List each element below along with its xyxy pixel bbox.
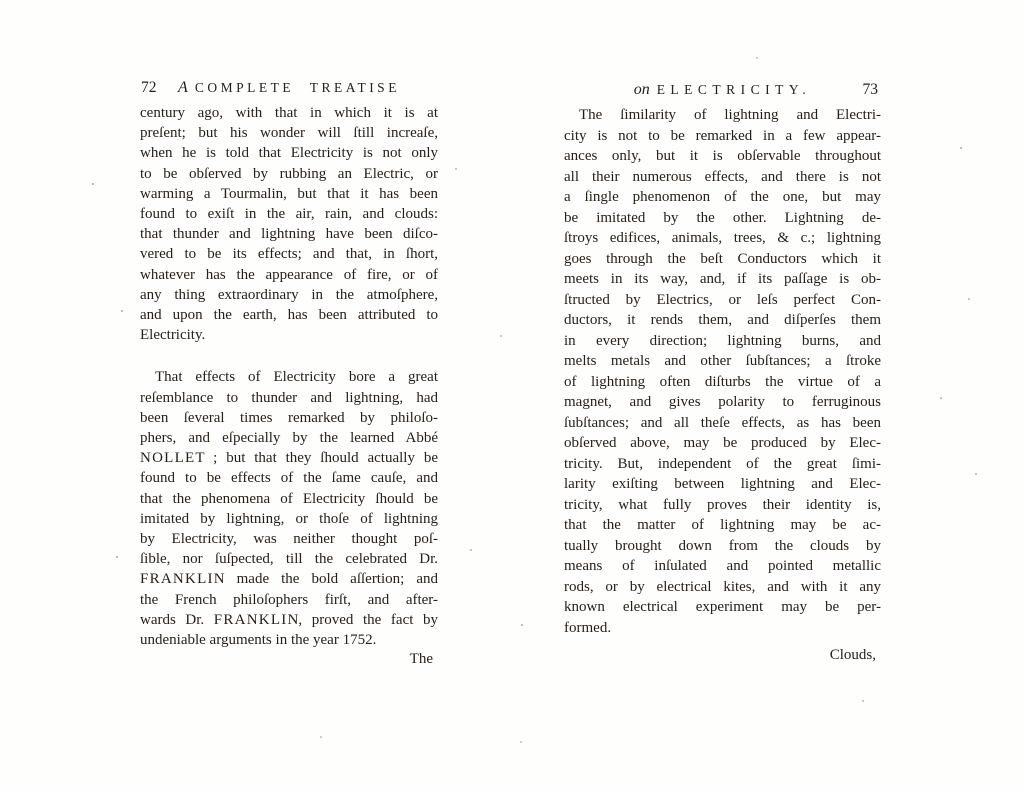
text-line: obſerved above, may be produced by Elec- xyxy=(564,433,881,454)
text-line: melts metals and other ſubſtances; a ſtr… xyxy=(564,351,881,372)
text-line: preſent; but his wonder will ſtill incre… xyxy=(140,123,438,143)
text-line: F R A N K L I N made the bold aſſertion;… xyxy=(140,569,438,589)
text-line: N O L L E T ; but that they ſhould actua… xyxy=(140,448,438,468)
text-line: imitated by lightning, or thoſe of light… xyxy=(140,509,438,529)
catchword-left: The xyxy=(140,651,438,668)
text-line: of lightning often diſturbs the virtue o… xyxy=(564,372,881,393)
text-line: larity exiſting between lightning and El… xyxy=(564,474,881,495)
text-line: by Electricity, was neither thought poſ- xyxy=(140,529,438,549)
text-line: found to be effects of the ſame cauſe, a… xyxy=(140,468,438,488)
page-right: onELECTRICITY. 73 The ſimilarity of ligh… xyxy=(564,80,881,664)
text-line: undeniable arguments in the year 1752. xyxy=(140,630,438,650)
running-title-right: onELECTRICITY. xyxy=(564,80,881,100)
paragraph: That effects of Electricity bore a great… xyxy=(140,367,438,650)
text-line: warming a Tourmalin, but that it has bee… xyxy=(140,184,438,204)
text-line: that the phenomena of Electricity ſhould… xyxy=(140,489,438,509)
text-line: when he is told that Electricity is not … xyxy=(140,143,438,163)
text-line: tricity, what fully proves their identit… xyxy=(564,495,881,516)
text-line: found to exiſt in the air, rain, and clo… xyxy=(140,204,438,224)
scan-specks xyxy=(0,0,2,2)
text-line: been ſeveral times remarked by philoſo- xyxy=(140,408,438,428)
page-header-left: 72 ACOMPLETE TREATISE xyxy=(140,78,438,97)
text-line: the French philoſophers firſt, and after… xyxy=(140,590,438,610)
running-title-left-caps: COMPLETE TREATISE xyxy=(195,80,400,95)
text-line: ductors, it rends them, and diſperſes th… xyxy=(564,310,881,331)
book-spread: 72 ACOMPLETE TREATISE century ago, with … xyxy=(0,0,1024,791)
text-line: city is not to be remarked in a few appe… xyxy=(564,126,881,147)
text-line: whatever has the appearance of fire, or … xyxy=(140,265,438,285)
text-line: wards Dr. F R A N K L I N, proved the fa… xyxy=(140,610,438,630)
text-line: ſubſtances; and all theſe effects, as ha… xyxy=(564,413,881,434)
text-line: that thunder and lightning have been diſ… xyxy=(140,224,438,244)
page-number-right: 73 xyxy=(863,80,879,99)
page-text-right: The ſimilarity of lightning and Electri-… xyxy=(564,105,881,638)
text-line: ſible, nor ſuſpected, till the celebrate… xyxy=(140,549,438,569)
text-line: known electrical experiment may be per- xyxy=(564,597,881,618)
running-title-right-caps: ELECTRICITY. xyxy=(657,82,812,97)
text-line: means of inſulated and pointed metallic xyxy=(564,556,881,577)
text-line: tually brought down from the clouds by xyxy=(564,536,881,557)
page-header-right: onELECTRICITY. 73 xyxy=(564,80,881,99)
text-line: ances only, but it is obſervable through… xyxy=(564,146,881,167)
running-title-right-italic: on xyxy=(634,81,650,98)
text-line: ſtructed by Electrics, or leſs perfect C… xyxy=(564,290,881,311)
text-line: formed. xyxy=(564,618,881,639)
paragraph: The ſimilarity of lightning and Electri-… xyxy=(564,105,881,638)
text-line: That effects of Electricity bore a great xyxy=(140,367,438,387)
running-title-left-italic: A xyxy=(178,79,188,96)
text-line: century ago, with that in which it is at xyxy=(140,103,438,123)
text-line: tricity. But, independent of the great ſ… xyxy=(564,454,881,475)
text-line: vered to be its effects; and that, in ſh… xyxy=(140,244,438,264)
text-line: meets in its way, and, if its paſſage is… xyxy=(564,269,881,290)
text-line: phers, and eſpecially by the learned Abb… xyxy=(140,428,438,448)
page-left: 72 ACOMPLETE TREATISE century ago, with … xyxy=(140,78,438,668)
text-line: magnet, and gives polarity to ferruginou… xyxy=(564,392,881,413)
text-line: ſtroys edifices, animals, trees, & c.; l… xyxy=(564,228,881,249)
paragraph: century ago, with that in which it is at… xyxy=(140,103,438,345)
text-line: in every direction; lightning burns, and xyxy=(564,331,881,352)
text-line: to be obſerved by rubbing an Electric, o… xyxy=(140,164,438,184)
text-line: all their numerous effects, and there is… xyxy=(564,167,881,188)
text-line: and upon the earth, has been attributed … xyxy=(140,305,438,325)
page-number-left: 72 xyxy=(141,78,157,97)
text-line: that the matter of lightning may be ac- xyxy=(564,515,881,536)
catchword-right: Clouds, xyxy=(564,647,881,664)
text-line: Electricity. xyxy=(140,325,438,345)
running-title-left: ACOMPLETE TREATISE xyxy=(140,78,438,98)
text-line: The ſimilarity of lightning and Electri- xyxy=(564,105,881,126)
text-line: a ſingle phenomenon of the one, but may xyxy=(564,187,881,208)
text-line: rods, or by electrical kites, and with i… xyxy=(564,577,881,598)
text-line: be imitated by the other. Lightning de- xyxy=(564,208,881,229)
text-line: reſemblance to thunder and lightning, ha… xyxy=(140,388,438,408)
text-line: any thing extraordinary in the atmoſpher… xyxy=(140,285,438,305)
page-text-left: century ago, with that in which it is at… xyxy=(140,103,438,650)
text-line: goes through the beſt Conductors which i… xyxy=(564,249,881,270)
